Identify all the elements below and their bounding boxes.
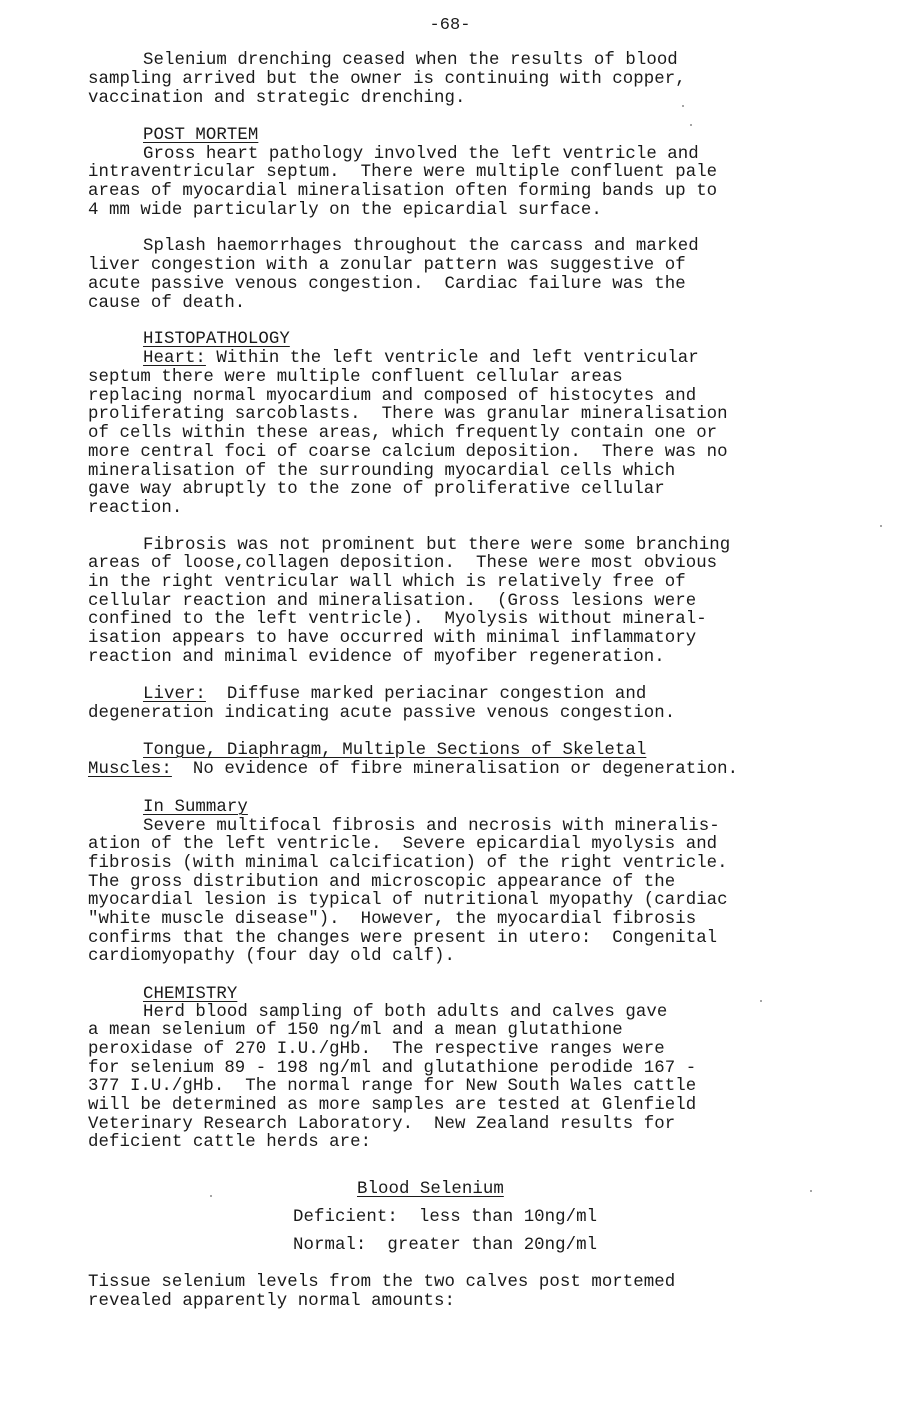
blood-selenium-title: Blood Selenium — [357, 1181, 504, 1200]
scan-speck — [880, 525, 882, 527]
summary-line: cardiomyopathy (four day old calf). — [88, 948, 455, 967]
chemistry-line: will be determined as more samples are t… — [88, 1097, 696, 1116]
heart-label: Heart: — [143, 349, 206, 368]
post-mortem-heading: POST MORTEM — [143, 127, 258, 146]
heart-line: reaction. — [88, 500, 182, 519]
summary-line: "white muscle disease"). However, the my… — [88, 911, 696, 930]
post-mortem-line: intraventricular septum. There were mult… — [88, 164, 717, 183]
tissue-line: Tissue selenium levels from the two calv… — [88, 1274, 675, 1293]
heart-line: more central foci of coarse calcium depo… — [88, 444, 728, 463]
heart-text: Within the left ventricle and left ventr… — [206, 349, 699, 368]
heart-first-line: Heart: Within the left ventricle and lef… — [143, 350, 699, 369]
intro-line: sampling arrived but the owner is contin… — [88, 71, 686, 90]
heart-line: of cells within these areas, which frequ… — [88, 425, 717, 444]
post-mortem-line: acute passive venous congestion. Cardiac… — [88, 276, 686, 295]
post-mortem-line: 4 mm wide particularly on the epicardial… — [88, 202, 602, 221]
intro-line: Selenium drenching ceased when the resul… — [143, 52, 678, 71]
post-mortem-line: areas of myocardial mineralisation often… — [88, 183, 717, 202]
heart-line: proliferating sarcoblasts. There was gra… — [88, 406, 728, 425]
tissue-line: revealed apparently normal amounts: — [88, 1293, 455, 1312]
chemistry-line: peroxidase of 270 I.U./gHb. The respecti… — [88, 1041, 665, 1060]
fibrosis-line: in the right ventricular wall which is r… — [88, 574, 686, 593]
scan-speck — [682, 105, 684, 107]
post-mortem-line: liver congestion with a zonular pattern … — [88, 257, 686, 276]
liver-line: degeneration indicating acute passive ve… — [88, 705, 675, 724]
chemistry-line: 377 I.U./gHb. The normal range for New S… — [88, 1078, 696, 1097]
summary-heading: In Summary — [143, 799, 248, 818]
scan-speck — [810, 1190, 812, 1192]
tongue-heading: Tongue, Diaphragm, Multiple Sections of … — [143, 742, 646, 761]
muscles-text: No evidence of fibre mineralisation or d… — [172, 760, 738, 779]
document-page: -68- Selenium drenching ceased when the … — [0, 0, 900, 1405]
scan-speck — [690, 124, 692, 126]
scan-speck — [210, 1195, 212, 1197]
post-mortem-line: Splash haemorrhages throughout the carca… — [143, 238, 699, 257]
scan-speck — [760, 1000, 762, 1002]
post-mortem-line: cause of death. — [88, 295, 245, 314]
liver-label: Liver: — [143, 685, 206, 704]
liver-text: Diffuse marked periacinar congestion and — [206, 685, 646, 704]
normal-range: Normal: greater than 20ng/ml — [293, 1237, 597, 1256]
fibrosis-line: confined to the left ventricle). Myolysi… — [88, 611, 707, 630]
page-number: -68- — [0, 16, 900, 35]
tongue-line: Muscles: No evidence of fibre mineralisa… — [88, 761, 738, 780]
histopathology-heading: HISTOPATHOLOGY — [143, 331, 290, 350]
heart-line: gave way abruptly to the zone of prolife… — [88, 481, 665, 500]
chemistry-line: a mean selenium of 150 ng/ml and a mean … — [88, 1022, 623, 1041]
summary-line: fibrosis (with minimal calcification) of… — [88, 855, 728, 874]
deficient-range: Deficient: less than 10ng/ml — [293, 1209, 597, 1228]
fibrosis-line: reaction and minimal evidence of myofibe… — [88, 649, 665, 668]
heart-line: septum there were multiple confluent cel… — [88, 369, 623, 388]
liver-first-line: Liver: Diffuse marked periacinar congest… — [143, 686, 646, 705]
muscles-label: Muscles: — [88, 760, 172, 779]
chemistry-line: deficient cattle herds are: — [88, 1134, 371, 1153]
fibrosis-line: isation appears to have occurred with mi… — [88, 630, 696, 649]
fibrosis-line: areas of loose,collagen deposition. Thes… — [88, 555, 717, 574]
summary-line: ation of the left ventricle. Severe epic… — [88, 836, 717, 855]
intro-line: vaccination and strategic drenching. — [88, 90, 466, 109]
summary-line: myocardial lesion is typical of nutritio… — [88, 892, 728, 911]
